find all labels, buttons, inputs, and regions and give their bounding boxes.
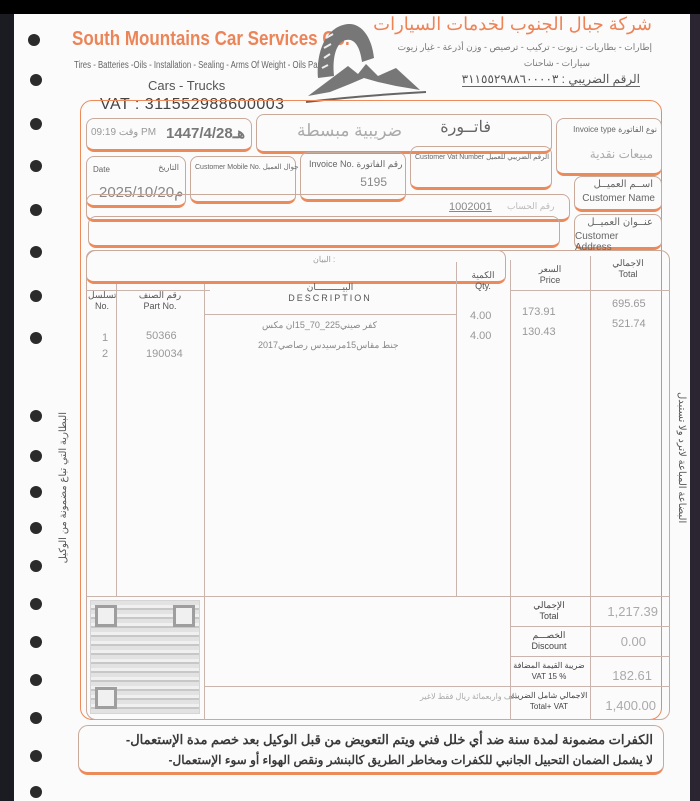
row-divider: [510, 290, 670, 291]
photo-right-edge: [690, 14, 700, 801]
row-divider: [510, 626, 670, 627]
col-header-qty-en: Qty.: [456, 281, 510, 292]
col-header-total-en: Total: [590, 269, 666, 280]
warranty-notice: الكفرات مضمونة لمدة سنة ضد أي خلل فني وي…: [78, 725, 664, 775]
perforation-hole: [30, 290, 42, 302]
col-divider: [456, 262, 457, 596]
invoice-number-value: 5195: [360, 175, 387, 189]
col-header-no-en: No.: [88, 301, 116, 312]
col-header-description-en: DESCRIPTION: [204, 293, 456, 304]
col-header-total-ar: الاجمالي: [590, 258, 666, 269]
row-part-no: 50366: [146, 330, 177, 342]
perforation-hole: [30, 410, 42, 422]
side-note-right: البضاعة المباعة لاترد ولا تستبدل: [676, 392, 687, 523]
summary-discount-value: 0.00: [566, 634, 646, 649]
summary-total-label-ar: الإجمالي: [510, 600, 588, 611]
side-note-left: البطارية التي تباع مضمونة من الوكيل: [58, 412, 69, 563]
summary-total-label: الإجمالي Total: [510, 600, 588, 622]
perforation-hole: [30, 246, 42, 258]
perforation-hole: [30, 712, 42, 724]
row-divider: [204, 686, 670, 687]
row-description: جنط مقاس15مرسيدس رصاصي2017: [258, 340, 399, 351]
perforation-hole: [30, 522, 42, 534]
amount-in-words: الف واربعمائة ريال فقط لاغير: [420, 692, 517, 701]
col-header-part-ar: رقم الصنف: [116, 290, 204, 301]
perforation-hole: [30, 486, 42, 498]
col-header-description-ar: البيــــــــــان: [204, 282, 456, 293]
perforation-hole: [30, 160, 42, 172]
warranty-notice-line-2: لا يشمل الضمان التحبيل الجانبي للكفرات و…: [89, 750, 653, 770]
date-label-ar: التاريخ: [158, 163, 179, 172]
company-name-ar: شركة جبال الجنوب لخدمات السيارات: [373, 14, 652, 35]
perforation-hole: [30, 74, 42, 86]
col-header-no-ar: تسلسل: [88, 290, 116, 301]
invoice-type-box: Invoice type نوع الفاتورة مبيعات نقدية: [556, 118, 662, 176]
row-total: 695.65: [612, 298, 646, 310]
row-no: 1: [102, 332, 108, 344]
invoice-time: 09:19 وقت PM: [91, 127, 156, 138]
customer-vat-label: Customer Vat Number الرقم الضريبي للعميل: [415, 153, 549, 161]
customer-name-label-en: Customer Name: [582, 193, 655, 204]
account-number-label: رقم الحساب: [507, 201, 554, 212]
services-list-en: Tires - Batteries -Oils - Installation -…: [74, 60, 326, 71]
customer-mobile-label: Customer Mobile No. جوال العميل: [195, 163, 299, 171]
invoice-type-value: مبيعات نقدية: [590, 147, 653, 161]
perforation-hole: [30, 204, 42, 216]
row-qty: 4.00: [470, 310, 491, 322]
account-number: 1002001: [449, 201, 492, 213]
perforation-hole: [30, 674, 42, 686]
col-header-part: رقم الصنف Part No.: [116, 290, 204, 312]
perforation-hole: [30, 786, 42, 798]
photo-top-edge: [0, 0, 700, 14]
datetime-box: 09:19 وقت PM 1447/4/28هـ: [86, 118, 252, 152]
col-divider: [116, 284, 117, 596]
customer-name-label-ar: اســم العميــل: [594, 179, 653, 190]
row-divider: [510, 656, 670, 657]
row-divider: [204, 314, 456, 315]
row-total: 521.74: [612, 318, 646, 330]
invoice-number-label: Invoice No. رقم الفاتورة: [309, 159, 402, 170]
photo-left-edge: [0, 14, 14, 801]
perforation-hole: [30, 118, 42, 130]
perforation-hole: [30, 332, 42, 344]
col-header-qty: الكمية Qty.: [456, 270, 510, 292]
invoice-subtitle: ضريبية مبسطة: [297, 121, 402, 141]
perforation-hole: [30, 598, 42, 610]
perforation-hole: [30, 750, 42, 762]
col-header-description: البيــــــــــان DESCRIPTION: [204, 282, 456, 304]
customer-address-box: [88, 216, 560, 248]
customer-address-label-ar: عنــوان العميــل: [587, 217, 653, 228]
customer-address-label-box: عنــوان العميــل Customer Address: [574, 214, 662, 250]
row-part-no: 190034: [146, 348, 183, 360]
perforation-hole: [28, 34, 40, 46]
col-divider: [204, 284, 205, 720]
company-vat-ar: الرقم الضريبي : ٣١١٥٥٢٩٨٨٦٠٠٠٠٣: [462, 72, 640, 87]
perforation-hole: [30, 560, 42, 572]
invoice-type-label: Invoice type نوع الفاتورة: [573, 125, 657, 134]
row-no: 2: [102, 348, 108, 360]
col-header-price: السعر Price: [510, 264, 590, 286]
col-header-total: الاجمالي Total: [590, 258, 666, 280]
date-label-en: Date: [93, 165, 110, 174]
row-price: 130.43: [522, 326, 556, 338]
warranty-notice-line-1: الكفرات مضمونة لمدة سنة ضد أي خلل فني وي…: [89, 730, 653, 750]
summary-grand-total-value: 1,400.00: [576, 698, 656, 713]
row-description: كفر صيني225_70_15ان مكس: [262, 320, 377, 331]
perforation-hole: [30, 636, 42, 648]
col-divider: [590, 256, 591, 720]
col-header-price-en: Price: [510, 275, 590, 286]
hijri-date: 1447/4/28هـ: [166, 124, 245, 142]
summary-total-label-en: Total: [510, 611, 588, 622]
customer-name-label-box: اســم العميــل Customer Name: [574, 176, 662, 212]
row-qty: 4.00: [470, 330, 491, 342]
qr-code-icon: [90, 600, 200, 714]
col-header-no: تسلسل No.: [88, 290, 116, 312]
customer-vat-box: Customer Vat Number الرقم الضريبي للعميل: [410, 146, 552, 190]
vehicle-types-ar: سيارات - شاحنات: [524, 58, 590, 69]
perforation-hole: [30, 450, 42, 462]
summary-vat-value: 182.61: [572, 668, 652, 683]
summary-total-value: 1,217.39: [578, 604, 658, 619]
col-header-price-ar: السعر: [510, 264, 590, 275]
row-price: 173.91: [522, 306, 556, 318]
services-list-ar: إطارات - بطاريات - زيوت - تركيب - ترصيص …: [398, 42, 652, 53]
vehicle-types-en: Cars - Trucks: [148, 78, 225, 93]
col-header-part-en: Part No.: [116, 301, 204, 312]
col-header-qty-ar: الكمية: [456, 270, 510, 281]
invoice-title: فاتــورة: [440, 117, 491, 137]
row-divider: [86, 596, 670, 597]
